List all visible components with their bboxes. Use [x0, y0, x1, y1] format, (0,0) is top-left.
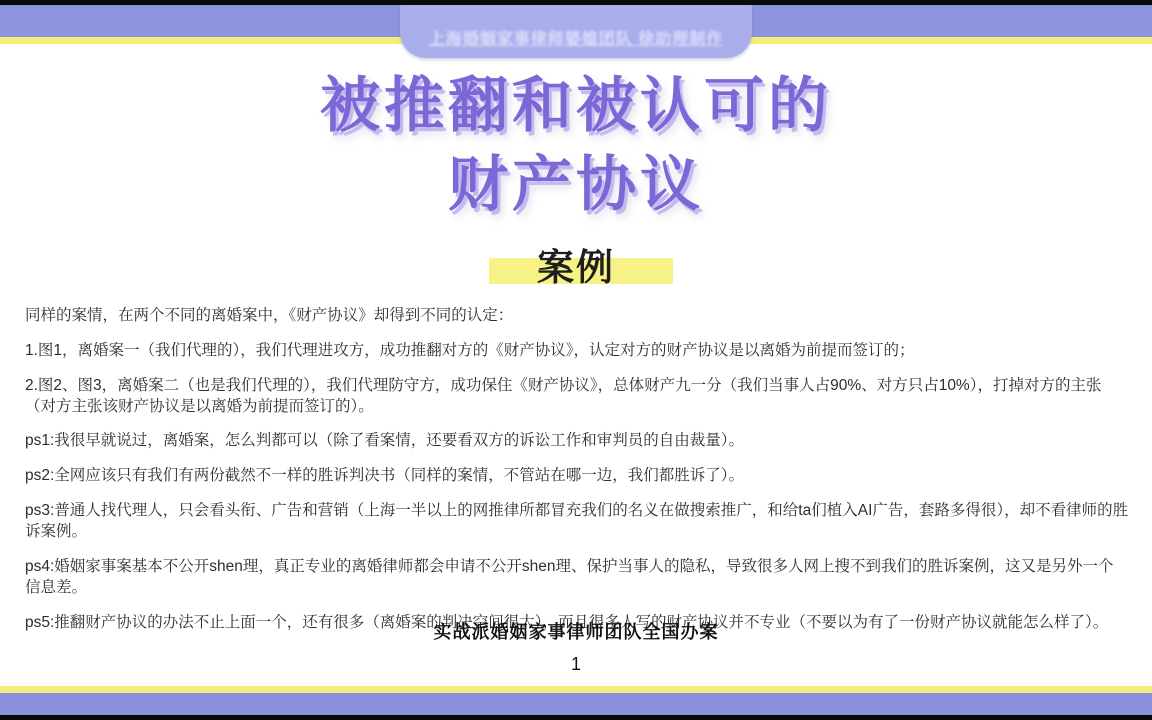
paragraph-intro: 同样的案情，在两个不同的离婚案中，《财产协议》却得到不同的认定：	[25, 305, 1129, 326]
bottom-letterbox-edge	[0, 715, 1152, 720]
paragraph-ps2: ps2:全网应该只有我们有两份截然不一样的胜诉判决书（同样的案情，不管站在哪一边…	[25, 465, 1129, 486]
paragraph-ps3: ps3:普通人找代理人，只会看头衔、广告和营销（上海一半以上的网推律所都冒充我们…	[25, 500, 1129, 542]
slide-page: 上海婚姻家事律师婆媳团队 徐助理制作 被推翻和被认可的 财产协议 案例 同样的案…	[0, 0, 1152, 720]
paragraph-case1: 1.图1，离婚案一（我们代理的），我们代理进攻方，成功推翻对方的《财产协议》，认…	[25, 340, 1129, 361]
page-title-line2: 财产协议	[0, 145, 1152, 224]
author-badge: 上海婚姻家事律师婆媳团队 徐助理制作	[400, 5, 752, 58]
footer-yellow-stripe	[0, 686, 1152, 693]
body-text: 同样的案情，在两个不同的离婚案中，《财产协议》却得到不同的认定： 1.图1，离婚…	[25, 305, 1129, 647]
page-title-line1: 被推翻和被认可的	[0, 66, 1152, 145]
paragraph-case2: 2.图2、图3，离婚案二（也是我们代理的），我们代理防守方，成功保住《财产协议》…	[25, 375, 1129, 417]
paragraph-ps4: ps4:婚姻家事案基本不公开shen理，真正专业的离婚律师都会申请不公开shen…	[25, 556, 1129, 598]
footer-tagline: 实战派婚姻家事律师团队全国办案	[0, 618, 1152, 644]
footer-bar	[0, 693, 1152, 715]
page-number: 1	[0, 654, 1152, 675]
page-title: 被推翻和被认可的 财产协议	[0, 66, 1152, 224]
paragraph-ps1: ps1:我很早就说过，离婚案，怎么判都可以（除了看案情，还要看双方的诉讼工作和审…	[25, 430, 1129, 451]
section-heading-text: 案例	[537, 247, 615, 288]
section-heading: 案例	[0, 237, 1152, 291]
author-badge-text: 上海婚姻家事律师婆媳团队 徐助理制作	[429, 26, 723, 49]
